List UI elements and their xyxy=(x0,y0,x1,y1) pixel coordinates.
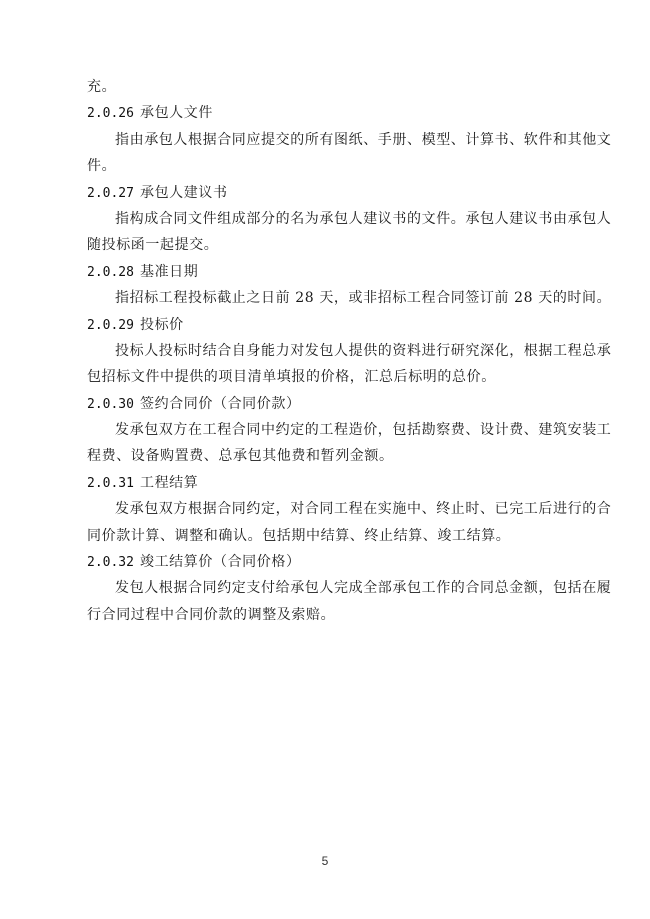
section-heading-2-0-27: 2.0.27承包人建议书 xyxy=(87,180,563,206)
section-number: 2.0.26 xyxy=(87,106,134,121)
section-title: 工程结算 xyxy=(140,475,198,491)
paragraph-line: 件。 xyxy=(87,153,563,179)
paragraph-line: 投标人投标时结合自身能力对发包人提供的资料进行研究深化，根据工程总承 xyxy=(87,338,563,364)
section-heading-2-0-30: 2.0.30签约合同价（合同价款） xyxy=(87,391,563,417)
section-title: 基准日期 xyxy=(140,264,198,280)
line-text: 充。 xyxy=(87,79,116,95)
line-text: 发承包双方在工程合同中约定的工程造价，包括勘察费、设计费、建筑安装工 xyxy=(115,422,611,438)
paragraph-line: 充。 xyxy=(87,74,563,100)
section-title: 承包人建议书 xyxy=(140,185,228,201)
paragraph-line: 指构成合同文件组成部分的名为承包人建议书的文件。承包人建议书由承包人 xyxy=(87,206,563,232)
section-number: 2.0.29 xyxy=(87,318,134,333)
line-text: 指构成合同文件组成部分的名为承包人建议书的文件。承包人建议书由承包人 xyxy=(115,211,611,227)
line-text: 发承包双方根据合同约定，对合同工程在实施中、终止时、已完工后进行的合 xyxy=(115,501,611,517)
line-text: 发包人根据合同约定支付给承包人完成全部承包工作的合同总金额，包括在履 xyxy=(115,580,611,596)
page-number: 5 xyxy=(0,854,650,868)
section-title: 签约合同价（合同价款） xyxy=(140,396,301,412)
section-number: 2.0.27 xyxy=(87,186,134,201)
section-heading-2-0-29: 2.0.29投标价 xyxy=(87,312,563,338)
section-title: 竣工结算价（合同价格） xyxy=(140,554,301,570)
line-text: 指招标工程投标截止之日前 28 天，或非招标工程合同签订前 28 天的时间。 xyxy=(115,290,611,306)
paragraph-line: 随投标函一起提交。 xyxy=(87,232,563,258)
section-heading-2-0-26: 2.0.26承包人文件 xyxy=(87,100,563,126)
section-number: 2.0.28 xyxy=(87,265,134,280)
line-text: 程费、设备购置费、总承包其他费和暂列金额。 xyxy=(87,448,394,464)
document-body: 充。 2.0.26承包人文件 指由承包人根据合同应提交的所有图纸、手册、模型、计… xyxy=(87,74,563,628)
section-number: 2.0.31 xyxy=(87,476,134,491)
paragraph-line: 程费、设备购置费、总承包其他费和暂列金额。 xyxy=(87,443,563,469)
line-text: 随投标函一起提交。 xyxy=(87,237,218,253)
section-title: 投标价 xyxy=(140,317,184,333)
line-text: 同价款计算、调整和确认。包括期中结算、终止结算、竣工结算。 xyxy=(87,528,510,544)
line-text: 件。 xyxy=(87,158,116,174)
paragraph-line: 发包人根据合同约定支付给承包人完成全部承包工作的合同总金额，包括在履 xyxy=(87,575,563,601)
section-title: 承包人文件 xyxy=(140,105,213,121)
paragraph-line: 发承包双方在工程合同中约定的工程造价，包括勘察费、设计费、建筑安装工 xyxy=(87,417,563,443)
section-heading-2-0-32: 2.0.32竣工结算价（合同价格） xyxy=(87,549,563,575)
section-number: 2.0.32 xyxy=(87,555,134,570)
paragraph-line: 包招标文件中提供的项目清单填报的价格，汇总后标明的总价。 xyxy=(87,364,563,390)
paragraph-line: 行合同过程中合同价款的调整及索赔。 xyxy=(87,602,563,628)
line-text: 行合同过程中合同价款的调整及索赔。 xyxy=(87,607,335,623)
paragraph-line: 指由承包人根据合同应提交的所有图纸、手册、模型、计算书、软件和其他文 xyxy=(87,127,563,153)
section-number: 2.0.30 xyxy=(87,397,134,412)
paragraph-line: 指招标工程投标截止之日前 28 天，或非招标工程合同签订前 28 天的时间。 xyxy=(87,285,563,311)
paragraph-line: 发承包双方根据合同约定，对合同工程在实施中、终止时、已完工后进行的合 xyxy=(87,496,563,522)
line-text: 投标人投标时结合自身能力对发包人提供的资料进行研究深化，根据工程总承 xyxy=(115,343,611,359)
line-text: 包招标文件中提供的项目清单填报的价格，汇总后标明的总价。 xyxy=(87,369,496,385)
section-heading-2-0-28: 2.0.28基准日期 xyxy=(87,259,563,285)
paragraph-line: 同价款计算、调整和确认。包括期中结算、终止结算、竣工结算。 xyxy=(87,523,563,549)
section-heading-2-0-31: 2.0.31工程结算 xyxy=(87,470,563,496)
line-text: 指由承包人根据合同应提交的所有图纸、手册、模型、计算书、软件和其他文 xyxy=(115,132,611,148)
document-page: 充。 2.0.26承包人文件 指由承包人根据合同应提交的所有图纸、手册、模型、计… xyxy=(0,0,650,919)
